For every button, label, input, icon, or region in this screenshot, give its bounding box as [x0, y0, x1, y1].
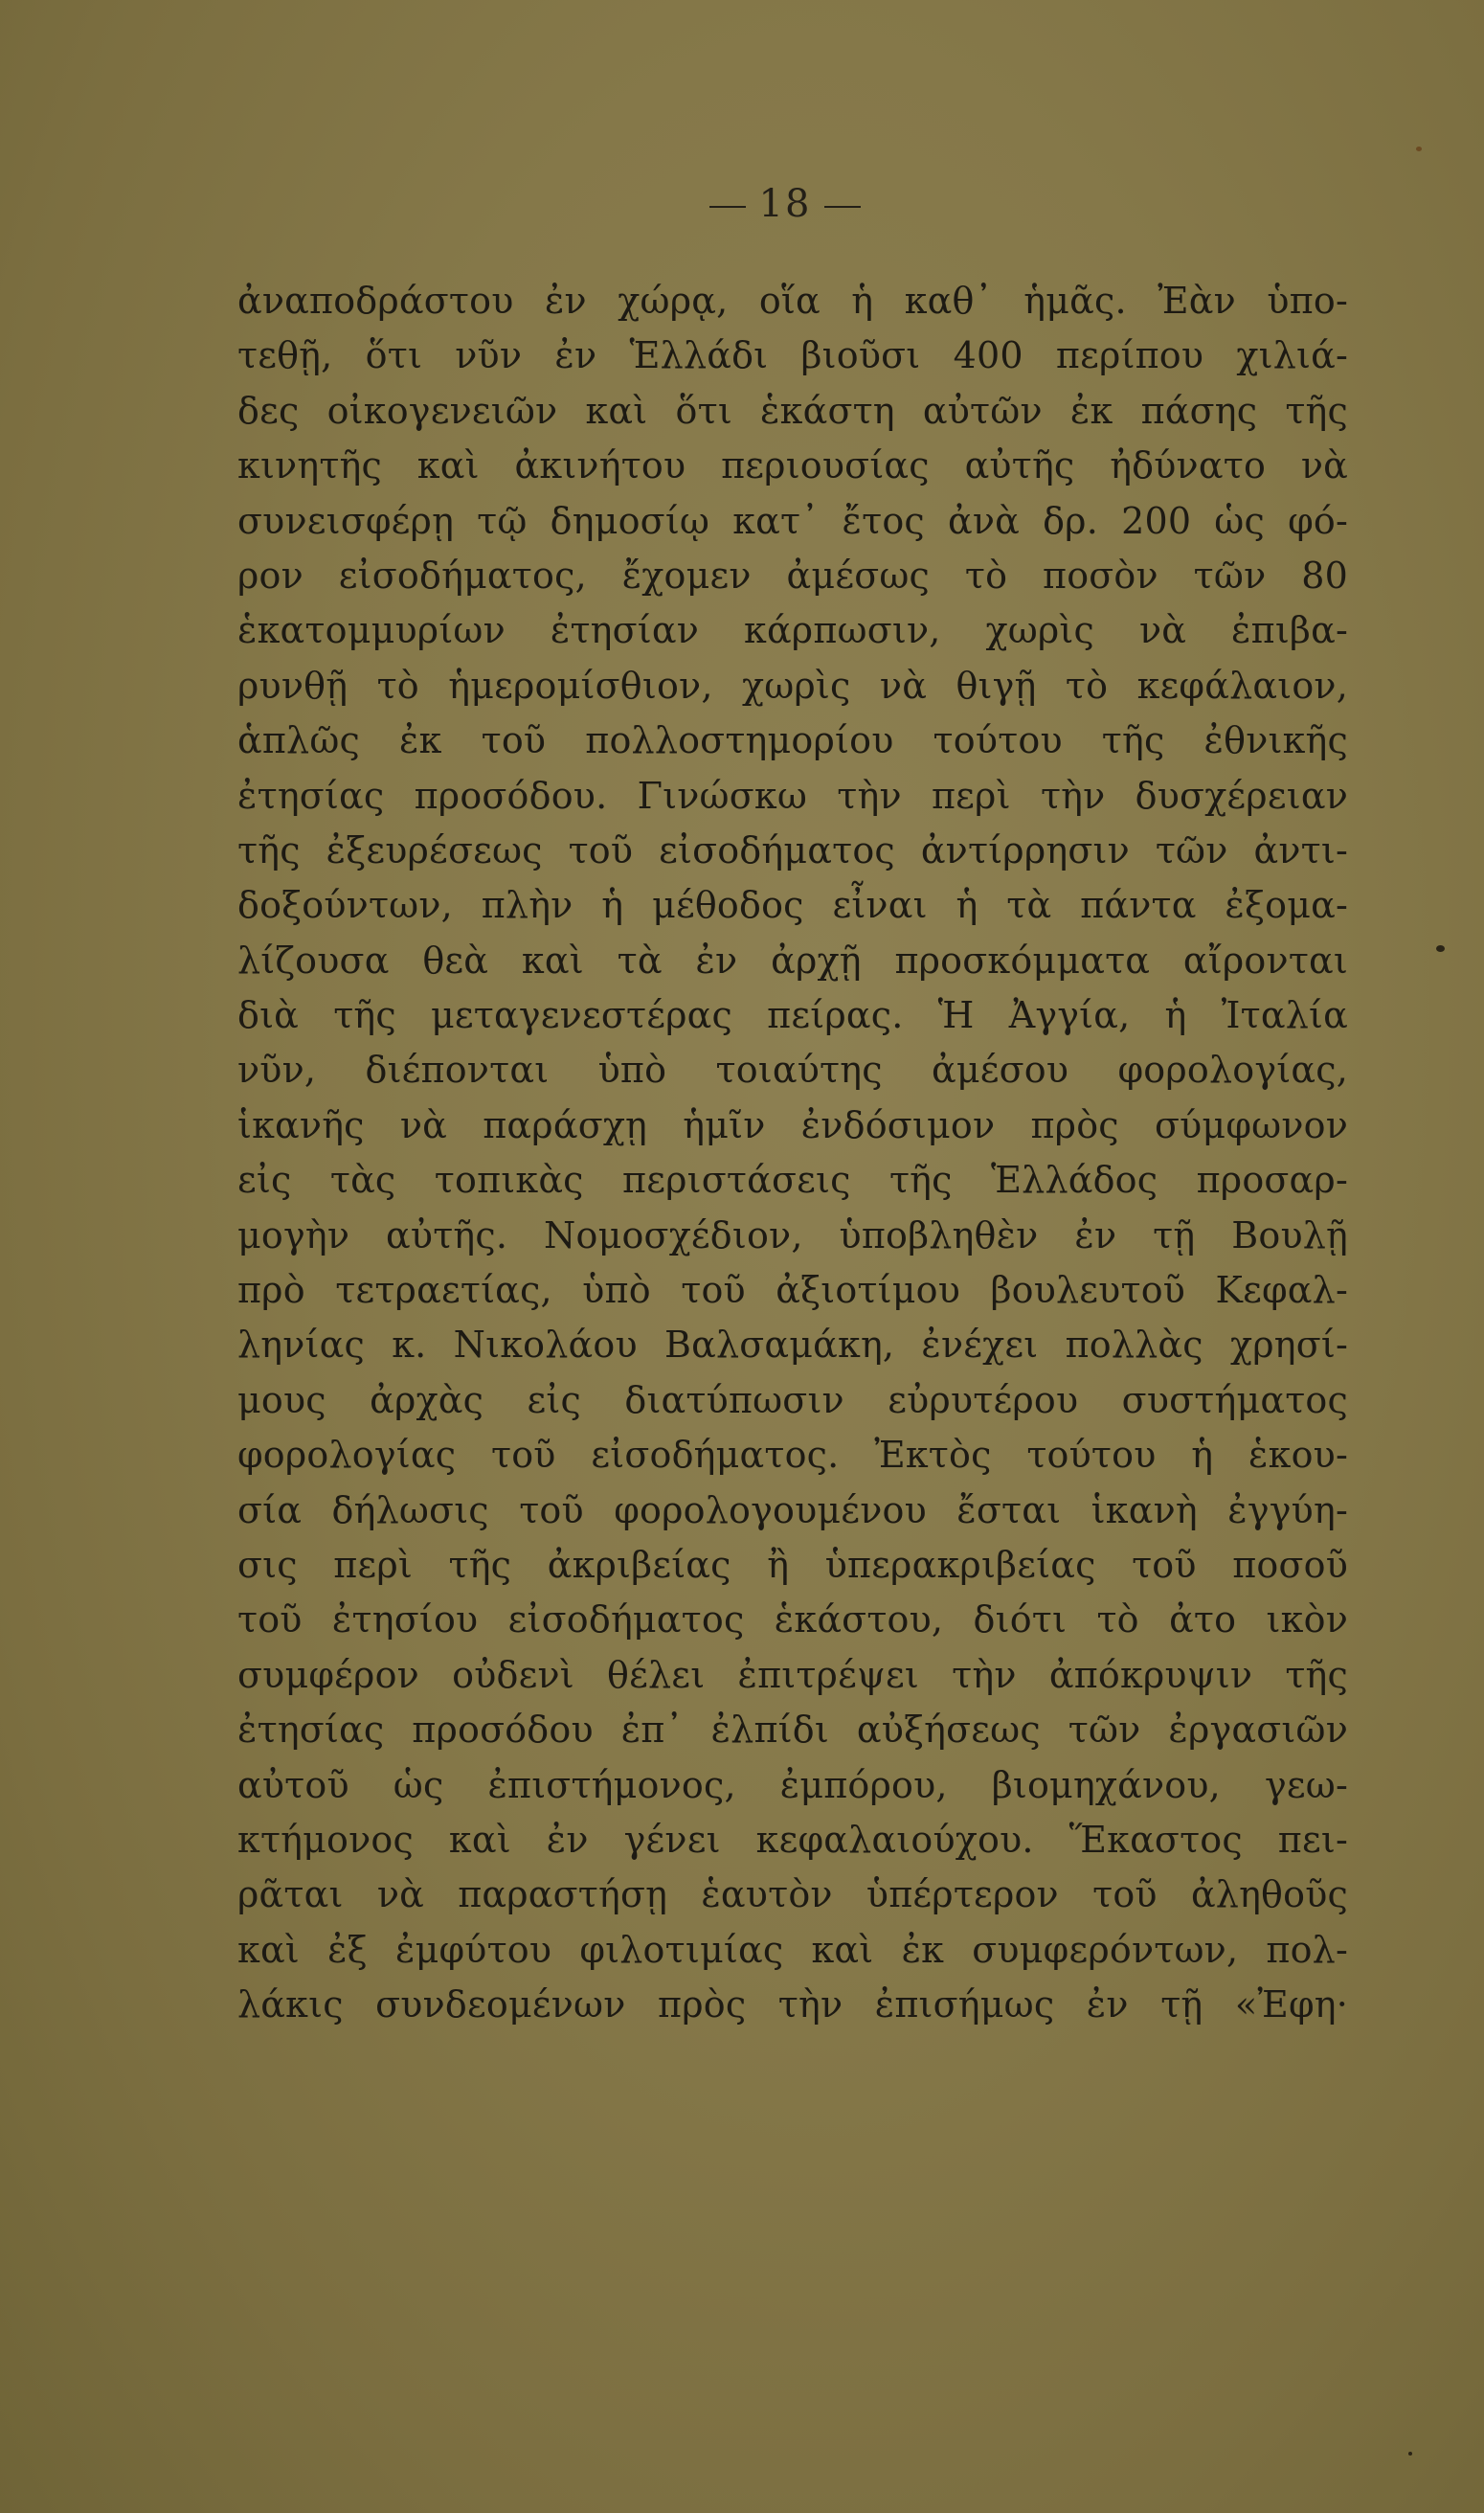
text-line: τοῦ ἐτησίου εἰσοδήματος ἑκάστου, διότι τ… [237, 1593, 1348, 1647]
text-line: αὐτοῦ ὡς ἐπιστήμονος, ἐμπόρου, βιομηχάνο… [237, 1758, 1348, 1813]
text-line: συνεισφέρῃ τῷ δημοσίῳ κατ᾿ ἔτος ἀνὰ δρ. … [237, 494, 1348, 549]
text-line: κτήμονος καὶ ἐν γένει κεφαλαιούχου. Ἕκασ… [237, 1813, 1348, 1868]
text-line: ἑκατομμυρίων ἐτησίαν κάρπωσιν, χωρὶς νὰ … [237, 603, 1348, 658]
text-line: ληνίας κ. Νικολάου Βαλσαμάκη, ἐνέχει πολ… [237, 1318, 1348, 1372]
text-line: κινητῆς καὶ ἀκινήτου περιουσίας αὐτῆς ἠδ… [237, 439, 1348, 493]
text-line: σία δήλωσις τοῦ φορολογουμένου ἔσται ἱκα… [237, 1483, 1348, 1538]
text-line: ἐτησίας προσόδου. Γινώσκω τὴν περὶ τὴν δ… [237, 769, 1348, 824]
text-line: ἐτησίας προσόδου ἐπ᾿ ἐλπίδι αὐξήσεως τῶν… [237, 1703, 1348, 1757]
text-line: λάκις συνδεομένων πρὸς τὴν ἐπισήμως ἐν τ… [237, 1978, 1348, 2032]
paper-speck [1436, 945, 1445, 952]
text-line: μογὴν αὐτῆς. Νομοσχέδιον, ὑποβληθὲν ἐν τ… [237, 1209, 1348, 1263]
text-line: σις περὶ τῆς ἀκριβείας ἢ ὑπερακριβείας τ… [237, 1538, 1348, 1593]
page-number-right-dash [824, 206, 861, 208]
text-line: ἀναποδράστου ἐν χώρᾳ, οἵα ἡ καθ᾿ ἡμᾶς. Ἐ… [237, 274, 1348, 328]
text-line: ρᾶται νὰ παραστήσῃ ἑαυτὸν ὑπέρτερον τοῦ … [237, 1868, 1348, 1922]
text-line: πρὸ τετραετίας, ὑπὸ τοῦ ἀξιοτίμου βουλευ… [237, 1263, 1348, 1318]
text-line: ρον εἰσοδήματος, ἔχομεν ἀμέσως τὸ ποσὸν … [237, 549, 1348, 603]
text-line: ἁπλῶς ἐκ τοῦ πολλοστημορίου τούτου τῆς ἐ… [237, 713, 1348, 768]
paper-speck [1408, 2452, 1412, 2456]
text-line: τῆς ἐξευρέσεως τοῦ εἰσοδήματος ἀντίρρησι… [237, 824, 1348, 878]
text-line: νῦν, διέπονται ὑπὸ τοιαύτης ἀμέσου φορολ… [237, 1043, 1348, 1098]
paper-speck [1416, 147, 1422, 151]
text-line: τεθῇ, ὅτι νῦν ἐν Ἑλλάδι βιοῦσι 400 περίπ… [237, 328, 1348, 383]
page-number-left-dash [709, 206, 746, 208]
text-line: δοξούντων, πλὴν ἡ μέθοδος εἶναι ἡ τὰ πάν… [237, 878, 1348, 933]
text-line: εἰς τὰς τοπικὰς περιστάσεις τῆς Ἑλλάδος … [237, 1153, 1348, 1208]
text-line: δες οἰκογενειῶν καὶ ὅτι ἑκάστη αὐτῶν ἐκ … [237, 384, 1348, 439]
page-number-value: 18 [759, 182, 812, 226]
body-text: ἀναποδράστου ἐν χώρᾳ, οἵα ἡ καθ᾿ ἡμᾶς. Ἐ… [237, 274, 1348, 2033]
text-line: διὰ τῆς μεταγενεστέρας πείρας. Ἡ Ἀγγία, … [237, 988, 1348, 1043]
text-line: φορολογίας τοῦ εἰσοδήματος. Ἐκτὸς τούτου… [237, 1428, 1348, 1483]
text-line: συμφέρον οὐδενὶ θέλει ἐπιτρέψει τὴν ἀπόκ… [237, 1648, 1348, 1703]
text-line: ἱκανῆς νὰ παράσχῃ ἡμῖν ἐνδόσιμον πρὸς σύ… [237, 1098, 1348, 1153]
text-line: ρυνθῇ τὸ ἡμερομίσθιον, χωρὶς νὰ θιγῇ τὸ … [237, 659, 1348, 713]
text-line: μους ἀρχὰς εἰς διατύπωσιν εὐρυτέρου συστ… [237, 1373, 1348, 1428]
text-line: καὶ ἐξ ἐμφύτου φιλοτιμίας καὶ ἐκ συμφερό… [237, 1923, 1348, 1978]
text-line: λίζουσα θεὰ καὶ τὰ ἐν ἀρχῇ προσκόμματα α… [237, 934, 1348, 988]
page-number: 18 [0, 182, 1484, 226]
